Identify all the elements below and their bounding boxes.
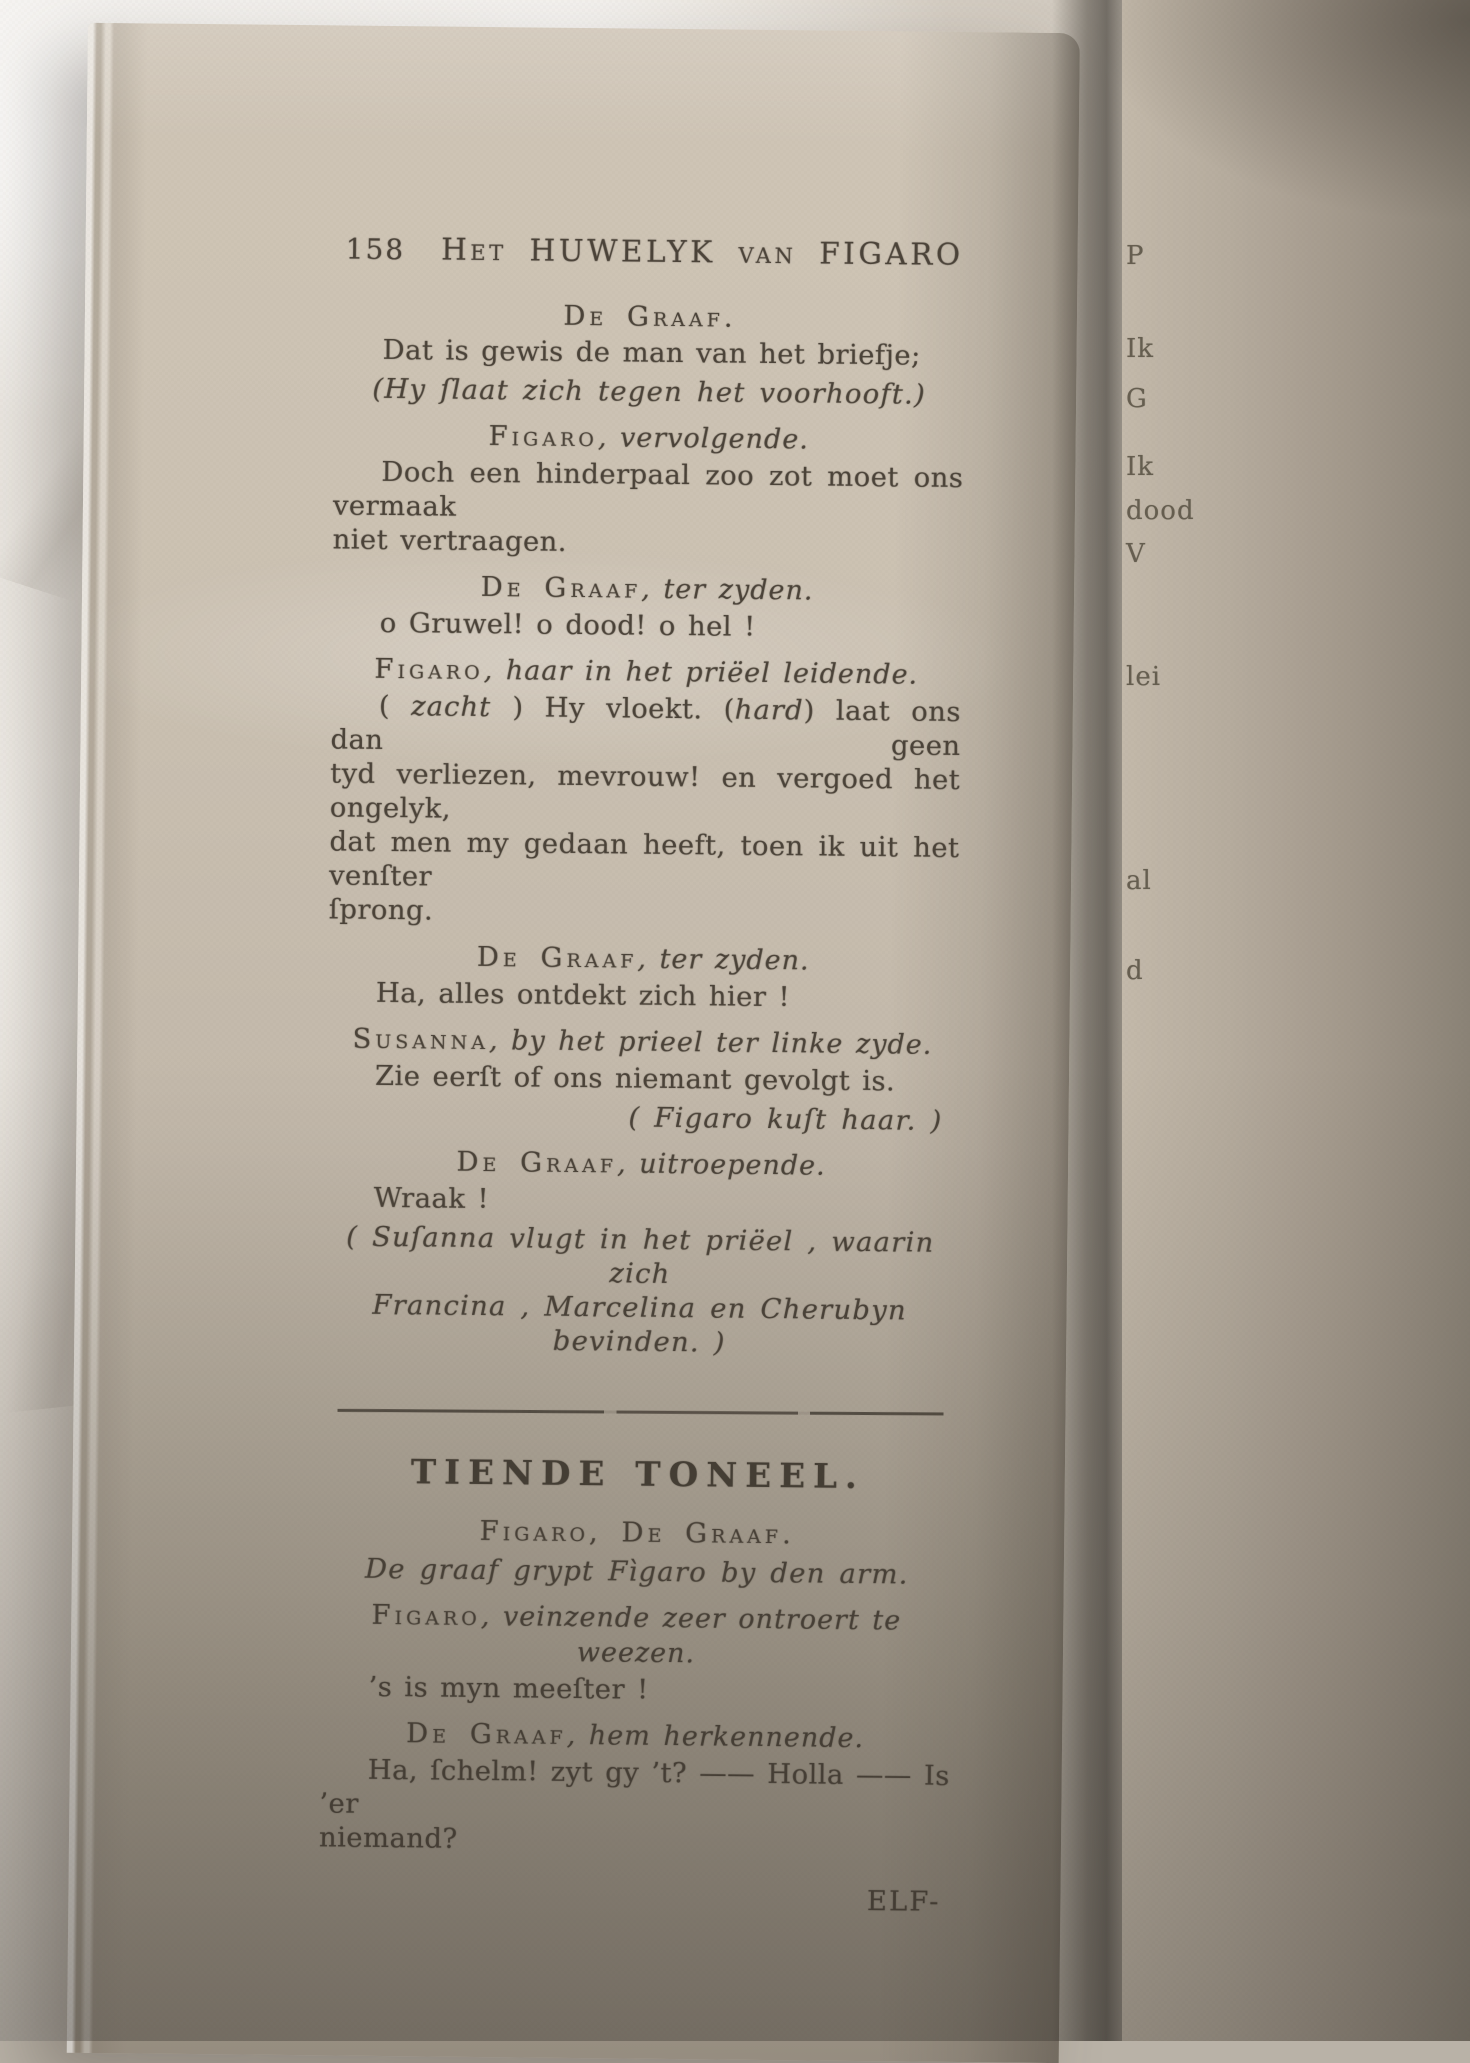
stage-direction: (Hy ſlaat zich tegen het voorhooft.) <box>334 371 964 412</box>
dialogue-line: Dat is gewis de man van het briefje; <box>334 332 964 373</box>
dialogue-line: ’s is myn meeſter ! <box>320 1669 950 1710</box>
speaker-name: Figaro <box>488 420 598 453</box>
speaker-line: De Graaf, ter zyden. <box>328 938 958 980</box>
italic-text: , vervolgende. <box>598 422 809 455</box>
page-edge-text-fragment: lei <box>1126 662 1161 692</box>
speaker-line: De Graaf. <box>335 296 965 337</box>
text-line: niet vertraagen. <box>332 522 962 563</box>
text-line: Francina , Marcelina en Cherubyn bevinde… <box>324 1287 955 1362</box>
speaker-name: Figaro <box>371 1599 481 1632</box>
dialogue-paragraph: Ha, ſchelm! zyt gy ’t? —— Holla —— Is ’e… <box>319 1752 950 1861</box>
italic-text: , ter zyden. <box>637 944 810 977</box>
italic-text: , hem herkennende. <box>567 1720 865 1754</box>
speaker-name: Susanna <box>352 1023 489 1056</box>
plain-text: ( <box>379 690 412 722</box>
page-edge-text-fragment: dood <box>1126 496 1195 526</box>
gutter-shadow <box>1052 0 1130 2041</box>
stage-direction: ( Figaro kuſt haar. ) <box>326 1097 956 1138</box>
dialogue-line: Ha, alles ontdekt zich hier ! <box>328 975 958 1016</box>
photo-background: 158 Het HUWELYK van FIGARO De Graaf.Dat … <box>0 0 1470 2041</box>
text-block: 158 Het HUWELYK van FIGARO De Graaf.Dat … <box>318 231 966 1919</box>
speaker-name: De Graaf. <box>563 300 737 334</box>
speaker-name: De Graaf <box>477 941 638 975</box>
page-edge-text-fragment: Ik <box>1126 334 1154 364</box>
dialogue-paragraph: ( zacht ) Hy vloekt. (hard) laat ons dan… <box>329 688 961 933</box>
speaker-line: Figaro, haar in het priëel leidende. <box>331 651 961 693</box>
catchword: ELF- <box>318 1878 948 1919</box>
speaker-name: Figaro <box>374 653 484 686</box>
italic-text: , veinzende zeer ontroert te weezen. <box>481 1601 902 1669</box>
speaker-line: Susanna, by het prieel ter linke zyde. <box>327 1021 957 1063</box>
dialogue-line: Zie eerſt of ons niemant gevolgt is. <box>327 1058 957 1099</box>
text-line: ſprong. <box>329 892 959 933</box>
stage-direction: De graaf grypt Fìgaro by den arm. <box>322 1551 952 1592</box>
dialogue-paragraph: Doch een hinderpaal zoo zot moet ons ver… <box>332 454 963 563</box>
page-edge-text-fragment: V <box>1126 539 1146 569</box>
next-page-sliver: PIkGIkdoodVleiald <box>1122 0 1470 2041</box>
speaker-line: Figaro, vervolgende. <box>334 417 964 459</box>
book-page: 158 Het HUWELYK van FIGARO De Graaf.Dat … <box>67 23 1080 2041</box>
italic-text: , ter zyden. <box>641 574 814 607</box>
speaker-name: De Graaf <box>456 1146 617 1180</box>
speaker-name: De Graaf <box>406 1717 567 1751</box>
text-line: Doch een hinderpaal zoo zot moet ons ver… <box>333 454 964 529</box>
page-number: 158 <box>345 233 405 268</box>
text-line: ( Suſanna vlugt in het priëel , waarin z… <box>325 1219 956 1294</box>
play-text: De Graaf.Dat is gewis de man van het bri… <box>318 296 965 1919</box>
speaker-line: Figaro, De Graaf. <box>322 1512 952 1553</box>
page-title: Het HUWELYK van FIGARO <box>441 233 964 272</box>
speaker-line: De Graaf, uitroepende. <box>326 1143 956 1185</box>
page-edge-text-fragment: al <box>1126 866 1152 896</box>
italic-text: , uitroepende. <box>617 1148 826 1181</box>
text-line: dat men my gedaan heeft, toen ik uit het… <box>329 824 960 899</box>
page-header: 158 Het HUWELYK van FIGARO <box>335 231 965 273</box>
text-line: ( zacht ) Hy vloekt. (hard) laat ons dan… <box>330 688 961 763</box>
speaker-name: De Graaf <box>481 571 642 605</box>
text-line: tyd verliezen, mevrouw! en vergoed het o… <box>330 756 961 831</box>
italic-text: , haar in het priëel leidende. <box>484 655 919 691</box>
section-rule <box>338 1409 944 1416</box>
italic-text: hard <box>735 694 804 727</box>
speaker-line: Figaro, veinzende zeer ontroert te weeze… <box>321 1597 952 1674</box>
text-line: Ha, ſchelm! zyt gy ’t? —— Holla —— Is ’e… <box>319 1752 950 1827</box>
text-line: niemand? <box>319 1820 949 1861</box>
stage-direction: ( Suſanna vlugt in het priëel , waarin z… <box>324 1219 955 1362</box>
page-edge-text-fragment: G <box>1126 384 1148 414</box>
page-edge-text-fragment: Ik <box>1126 452 1154 482</box>
page-edge-text-fragment: P <box>1126 241 1145 271</box>
page-edge-text-fragment: d <box>1126 956 1144 986</box>
speaker-line: De Graaf, ter zyden. <box>332 568 962 610</box>
scene-heading: TIENDE TONEEL. <box>323 1454 953 1495</box>
dialogue-line: o Gruwel! o dood! o hel ! <box>332 605 962 646</box>
plain-text: ) Hy vloekt. ( <box>491 691 735 726</box>
speaker-line: De Graaf, hem herkennende. <box>320 1715 950 1757</box>
italic-text: , by het prieel ter linke zyde. <box>489 1025 933 1061</box>
italic-text: zacht <box>411 690 491 723</box>
dialogue-line: Wraak ! <box>326 1180 956 1221</box>
speaker-name: Figaro, De Graaf. <box>480 1515 795 1550</box>
